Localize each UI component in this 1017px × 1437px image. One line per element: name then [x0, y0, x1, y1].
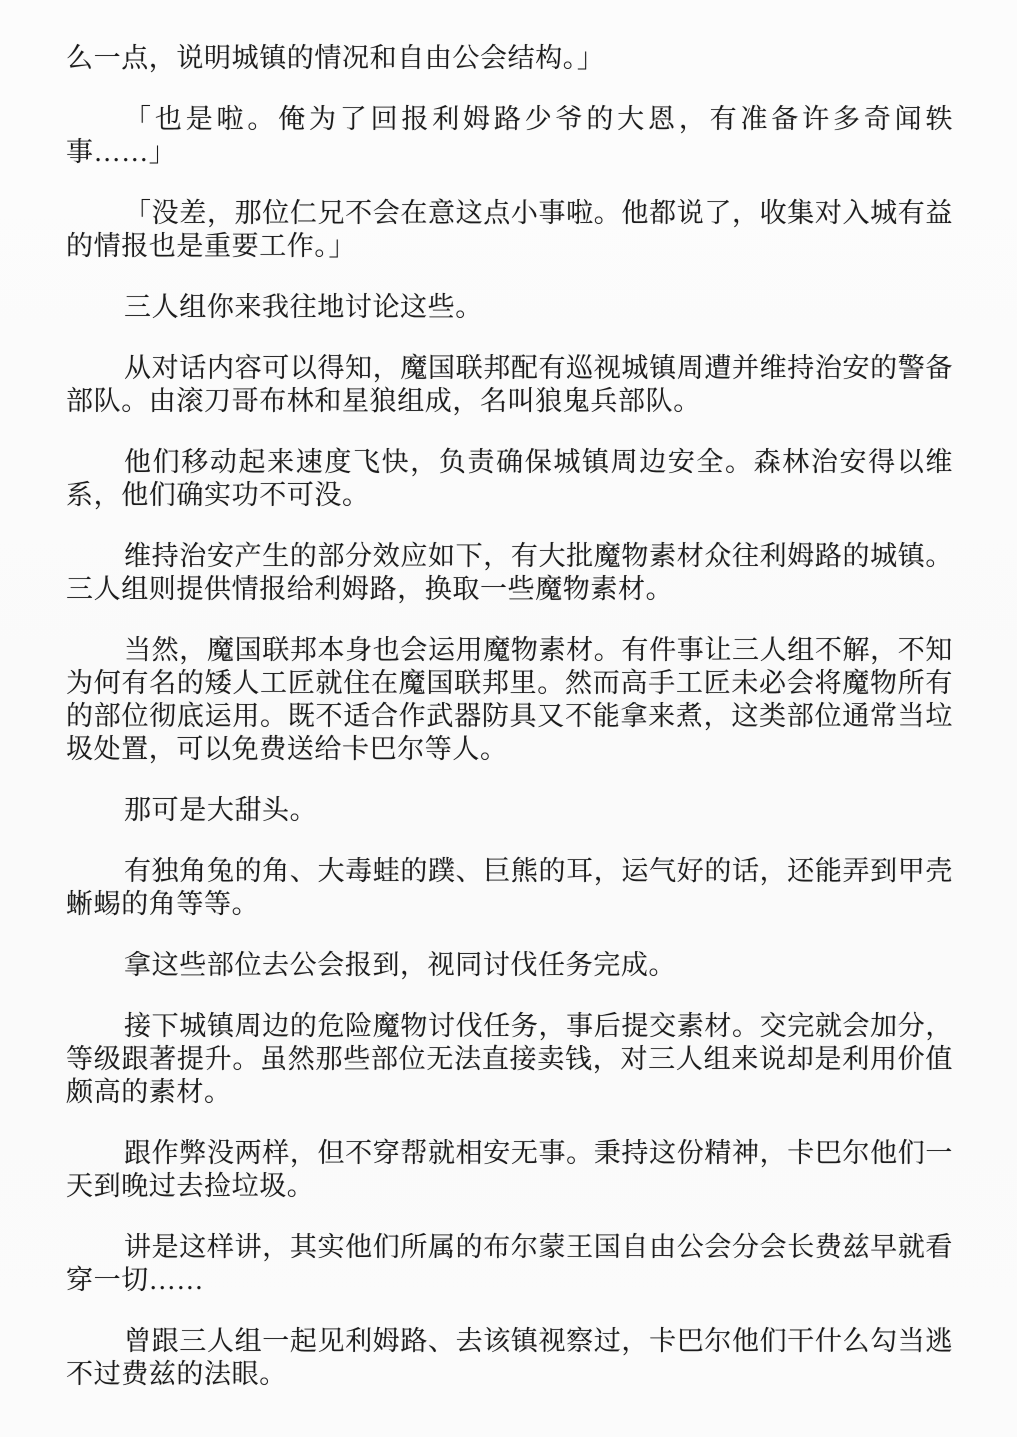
- paragraph: 拿这些部位去公会报到，视同讨伐任务完成。: [66, 949, 953, 982]
- paragraph: 曾跟三人组一起见利姆路、去该镇视察过，卡巴尔他们干什么勾当逃不过费兹的法眼。: [66, 1325, 953, 1391]
- paragraph: 从对话内容可以得知，魔国联邦配有巡视城镇周遭并维持治安的警备部队。由滚刀哥布林和…: [66, 352, 953, 418]
- paragraph: 么一点，说明城镇的情况和自由公会结构。」: [66, 42, 953, 75]
- paragraph: 他们移动起来速度飞快，负责确保城镇周边安全。森林治安得以维系，他们确实功不可没。: [66, 446, 953, 512]
- paragraph: 「没差，那位仁兄不会在意这点小事啦。他都说了，收集对入城有益的情报也是重要工作。…: [66, 197, 953, 263]
- paragraph: 三人组你来我往地讨论这些。: [66, 291, 953, 324]
- paragraph: 讲是这样讲，其实他们所属的布尔蒙王国自由公会分会长费兹早就看穿一切……: [66, 1231, 953, 1297]
- paragraph: 接下城镇周边的危险魔物讨伐任务，事后提交素材。交完就会加分，等级跟著提升。虽然那…: [66, 1010, 953, 1109]
- novel-page: 么一点，说明城镇的情况和自由公会结构。」「也是啦。俺为了回报利姆路少爷的大恩，有…: [0, 0, 1017, 1437]
- paragraph: 「也是啦。俺为了回报利姆路少爷的大恩，有准备许多奇闻轶事……」: [66, 103, 953, 169]
- paragraph: 跟作弊没两样，但不穿帮就相安无事。秉持这份精神，卡巴尔他们一天到晚过去捡垃圾。: [66, 1137, 953, 1203]
- paragraph: 维持治安产生的部分效应如下，有大批魔物素材众往利姆路的城镇。三人组则提供情报给利…: [66, 540, 953, 606]
- page-body: 么一点，说明城镇的情况和自由公会结构。」「也是啦。俺为了回报利姆路少爷的大恩，有…: [66, 42, 953, 1391]
- paragraph: 有独角兔的角、大毒蛙的蹼、巨熊的耳，运气好的话，还能弄到甲壳蜥蜴的角等等。: [66, 855, 953, 921]
- paragraph: 那可是大甜头。: [66, 794, 953, 827]
- paragraph: 当然，魔国联邦本身也会运用魔物素材。有件事让三人组不解，不知为何有名的矮人工匠就…: [66, 634, 953, 766]
